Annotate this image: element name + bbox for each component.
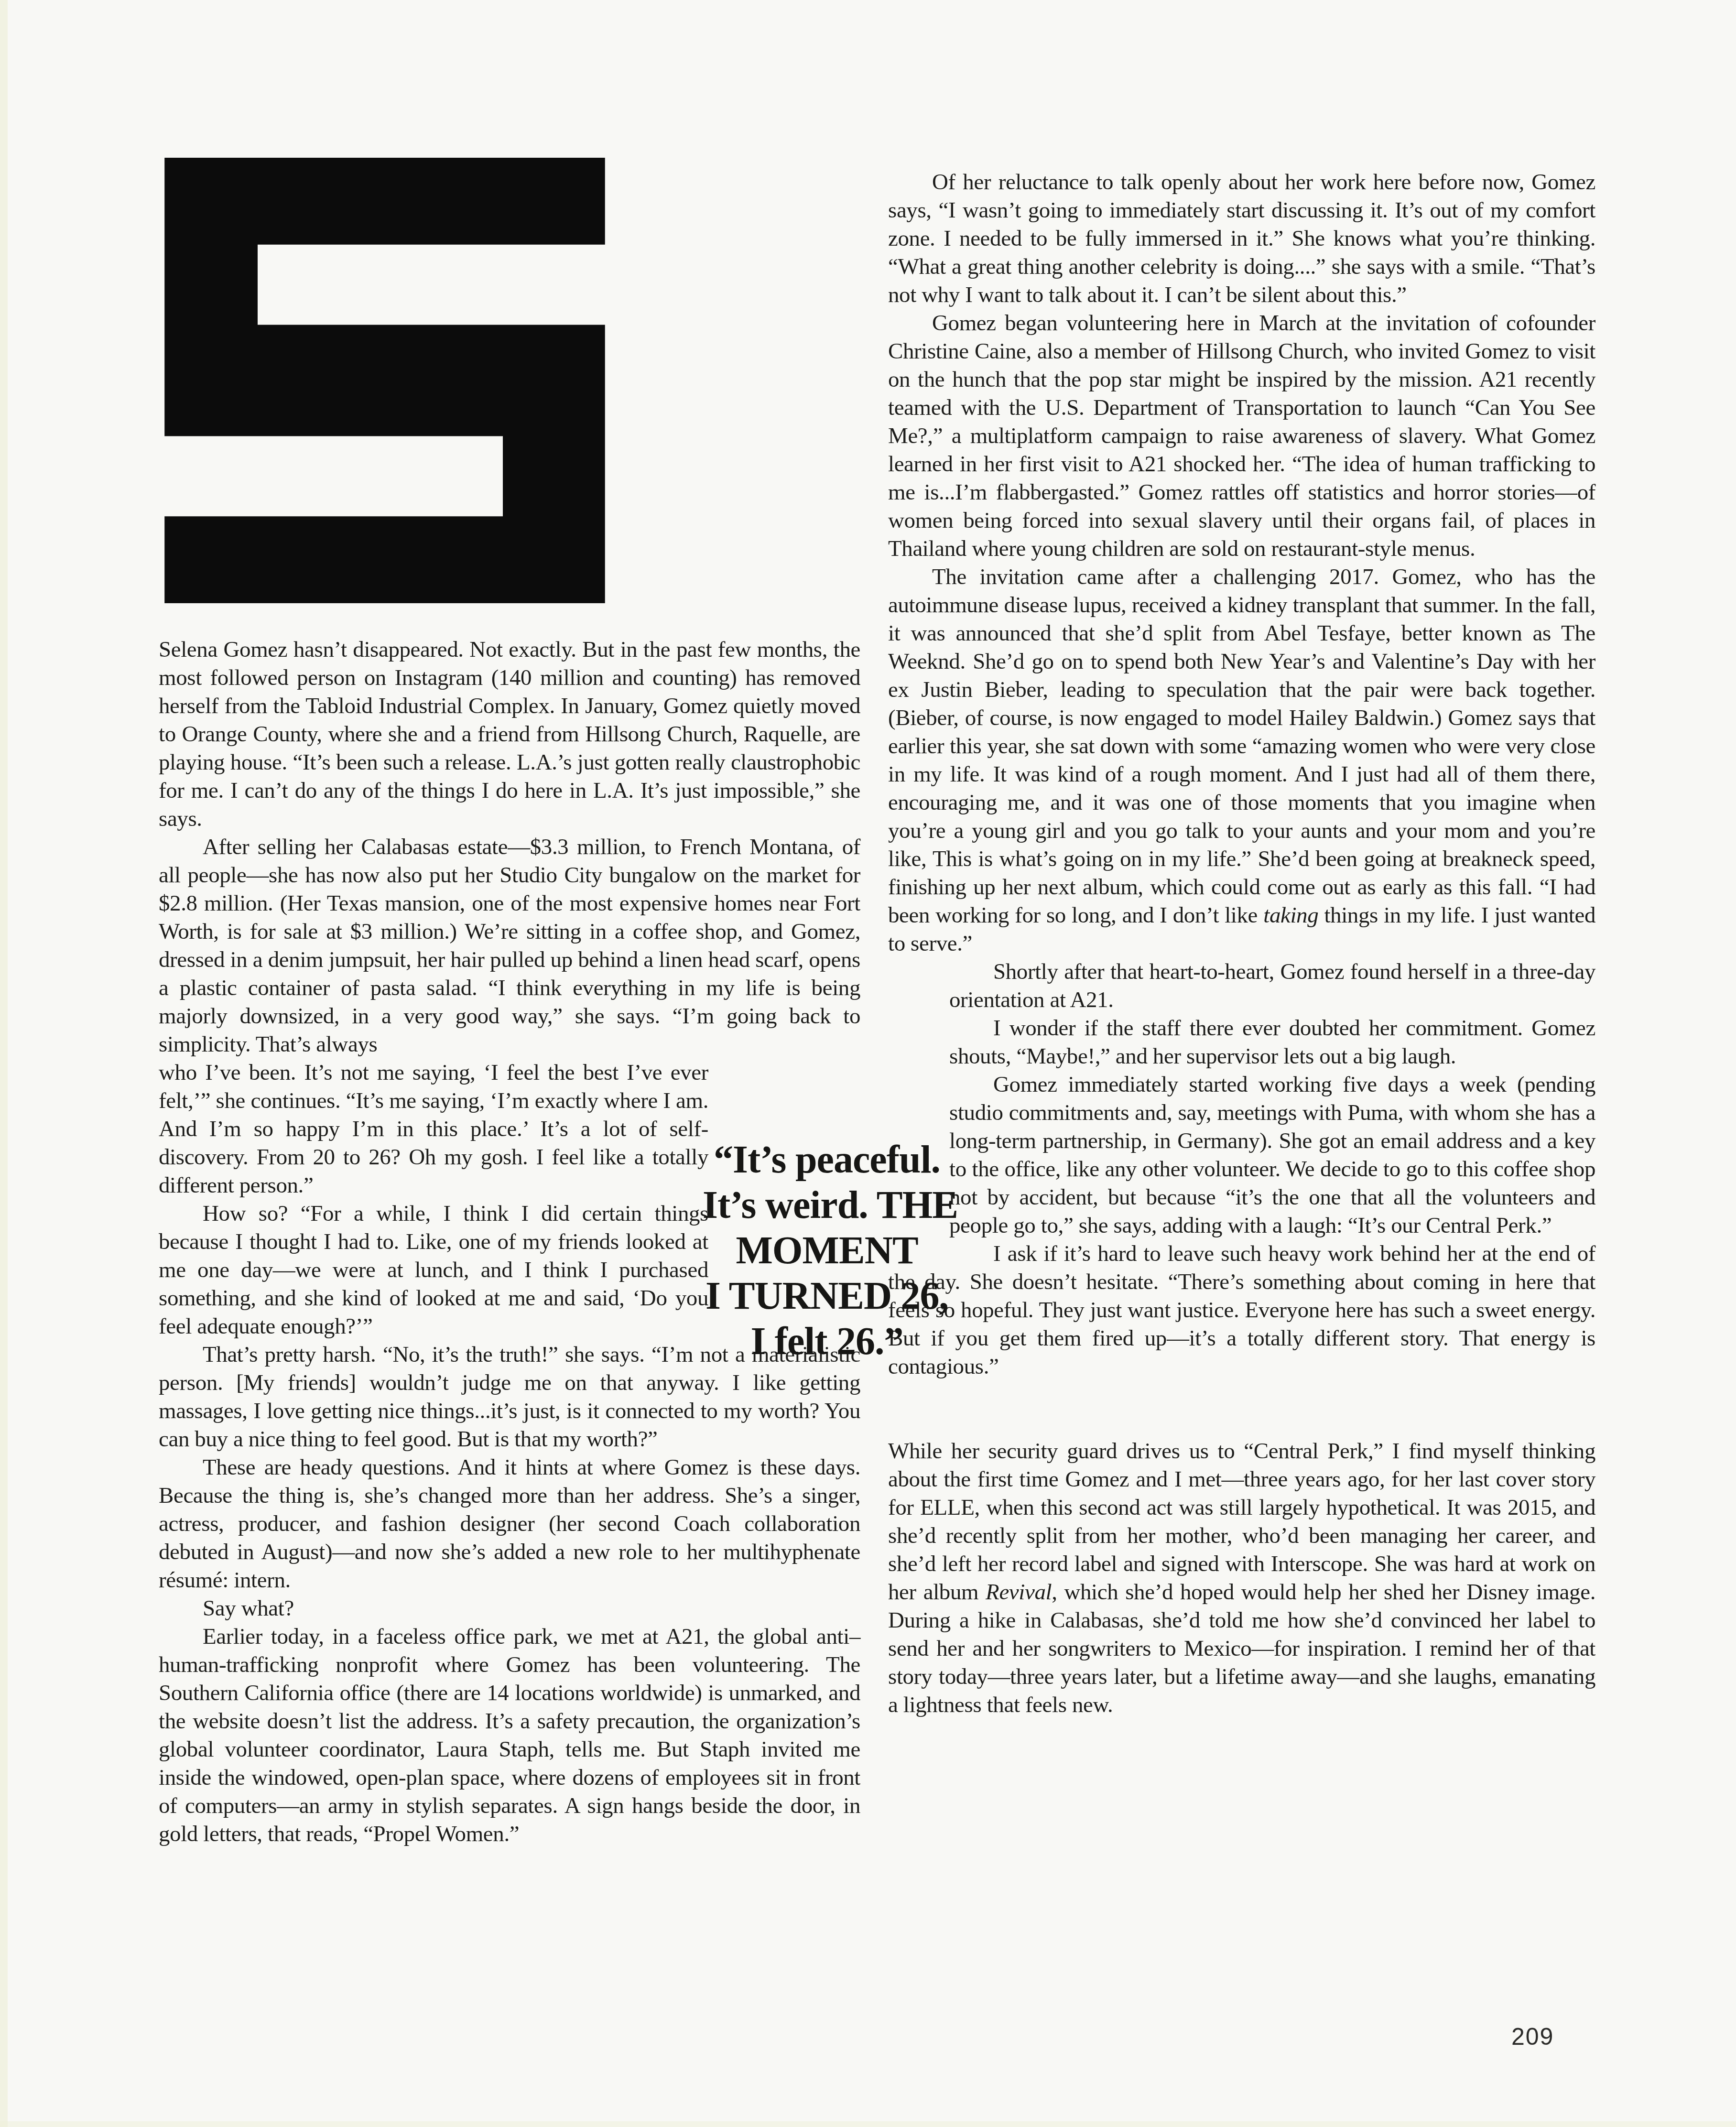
pull-quote-line: It’s weird. THE <box>703 1182 951 1227</box>
article-column-right: Of her reluctance to talk openly about h… <box>888 168 1595 1719</box>
pull-quote-line: MOMENT <box>703 1227 951 1273</box>
pull-quote-line: “It’s peaceful. <box>703 1137 951 1182</box>
page-edge-tint-bottom <box>0 2121 1736 2127</box>
paragraph: I wonder if the staff there ever doubted… <box>888 1014 1595 1071</box>
page-number: 209 <box>1511 2023 1554 2051</box>
paragraph: Gomez immediately started working five d… <box>888 1071 1595 1240</box>
dropcap-s <box>158 158 612 603</box>
paragraph: Say what? <box>159 1595 860 1623</box>
page-edge-tint-left <box>0 0 8 2127</box>
paragraph: The invitation came after a challenging … <box>888 563 1595 958</box>
paragraph: After selling her Calabasas estate—$3.3 … <box>159 833 860 1059</box>
paragraph: Gomez began volunteering here in March a… <box>888 309 1595 563</box>
paragraph: While her security guard drives us to “C… <box>888 1437 1595 1719</box>
paragraph: I ask if it’s hard to leave such heavy w… <box>888 1240 1595 1381</box>
magazine-page: { "article": { "dropcap_letter": "S", "p… <box>0 0 1736 2127</box>
pull-quote-line: I TURNED 26, <box>703 1273 951 1318</box>
paragraph: Selena Gomez hasn’t disappeared. Not exa… <box>159 636 860 833</box>
paragraph: These are heady questions. And it hints … <box>159 1454 860 1595</box>
paragraph: Shortly after that heart-to-heart, Gomez… <box>888 958 1595 1014</box>
paragraph: Of her reluctance to talk openly about h… <box>888 168 1595 309</box>
paragraph: Earlier today, in a faceless office park… <box>159 1623 860 1848</box>
pull-quote: “It’s peaceful. It’s weird. THE MOMENT I… <box>703 1137 951 1364</box>
pull-quote-line: I felt 26.” <box>703 1318 951 1364</box>
dropcap-s-glyph <box>158 158 612 603</box>
